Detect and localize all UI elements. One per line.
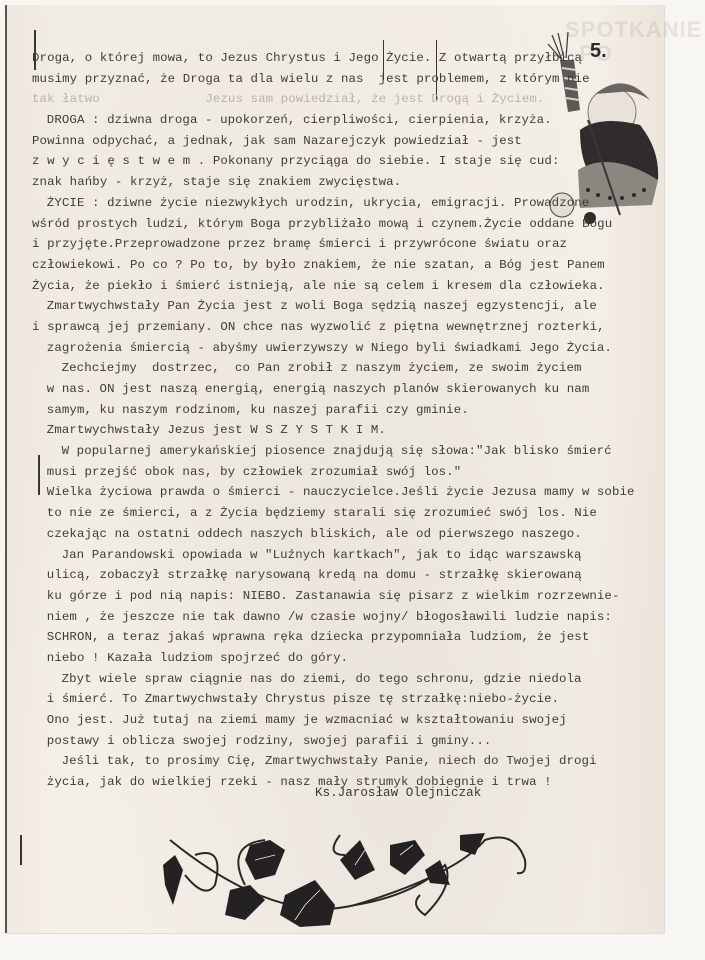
text-line: z w y c i ę s t w e m . Pokonany przycią… [32, 151, 592, 172]
text-line: W popularnej amerykańskiej piosence znaj… [32, 441, 592, 462]
text-line: ŻYCIE : dziwne życie niezwykłych urodzin… [32, 193, 592, 214]
text-line: Zmartwychwstały Pan Życia jest z woli Bo… [32, 296, 592, 317]
text-line: Życia, że piekło i śmierć istnieją, ale … [32, 276, 592, 297]
text-line: i przyjęte.Przeprowadzone przez bramę śm… [32, 234, 592, 255]
ivy-ornament [155, 815, 545, 935]
text-line: Wielka życiowa prawda o śmierci - nauczy… [32, 482, 592, 503]
text-line: i sprawcą jej przemiany. ON chce nas wyz… [32, 317, 592, 338]
author-signature: Ks.Jarosław Olejniczak [315, 786, 481, 800]
text-line: Zechciejmy dostrzec, co Pan zrobił z nas… [32, 358, 592, 379]
text-line: tak łatwo Jezus sam powiedział, że jest … [32, 89, 592, 110]
text-line: życia, jak do wielkiej rzeki - nasz mały… [32, 772, 592, 793]
text-line: musi przejść obok nas, by człowiek zrozu… [32, 462, 592, 483]
text-line: samym, ku naszym rodzinom, ku naszej par… [32, 400, 592, 421]
text-line: to nie ze śmierci, a z Życia będziemy st… [32, 503, 592, 524]
text-line: Droga, o której mowa, to Jezus Chrystus … [32, 48, 592, 69]
text-line: wśród prostych ludzi, którym Boga przybl… [32, 214, 592, 235]
text-line: Ono jest. Już tutaj na ziemi mamy je wzm… [32, 710, 592, 731]
text-line: i śmierć. To Zmartwychwstały Chrystus pi… [32, 689, 592, 710]
text-line: czekając na ostatni oddech naszych blisk… [32, 524, 592, 545]
text-line: Jan Parandowski opowiada w "Luźnych kart… [32, 545, 592, 566]
text-line: niem , że jeszcze nie tak dawno /w czasi… [32, 607, 592, 628]
margin-mark [20, 835, 22, 865]
text-line: Jeśli tak, to prosimy Cię, Zmartwychwsta… [32, 751, 592, 772]
text-line: Powinna odpychać, a jednak, jak sam Naza… [32, 131, 592, 152]
text-line: Zmartwychwstały Jezus jest W S Z Y S T K… [32, 420, 592, 441]
article-body: Droga, o której mowa, to Jezus Chrystus … [32, 48, 592, 793]
text-line: DROGA : dziwna droga - upokorzeń, cierpl… [32, 110, 592, 131]
text-line: zagrożenia śmiercią - abyśmy uwierzywszy… [32, 338, 592, 359]
text-line: człowiekowi. Po co ? Po to, by było znak… [32, 255, 592, 276]
text-line: Zbyt wiele spraw ciągnie nas do ziemi, d… [32, 669, 592, 690]
text-line: ulicą, zobaczył strzałkę narysowaną kred… [32, 565, 592, 586]
text-line: SCHRON, a teraz jakaś wprawna ręka dziec… [32, 627, 592, 648]
text-line: musimy przyznać, że Droga ta dla wielu z… [32, 69, 592, 90]
text-line: niebo ! Kazała ludziom spojrzeć do góry. [32, 648, 592, 669]
text-line: w nas. ON jest naszą energią, energią na… [32, 379, 592, 400]
text-line: ku górze i pod nią napis: NIEBO. Zastana… [32, 586, 592, 607]
text-line: znak hańby - krzyż, staje się znakiem zw… [32, 172, 592, 193]
text-line: postawy i oblicza swojej rodziny, swojej… [32, 731, 592, 752]
